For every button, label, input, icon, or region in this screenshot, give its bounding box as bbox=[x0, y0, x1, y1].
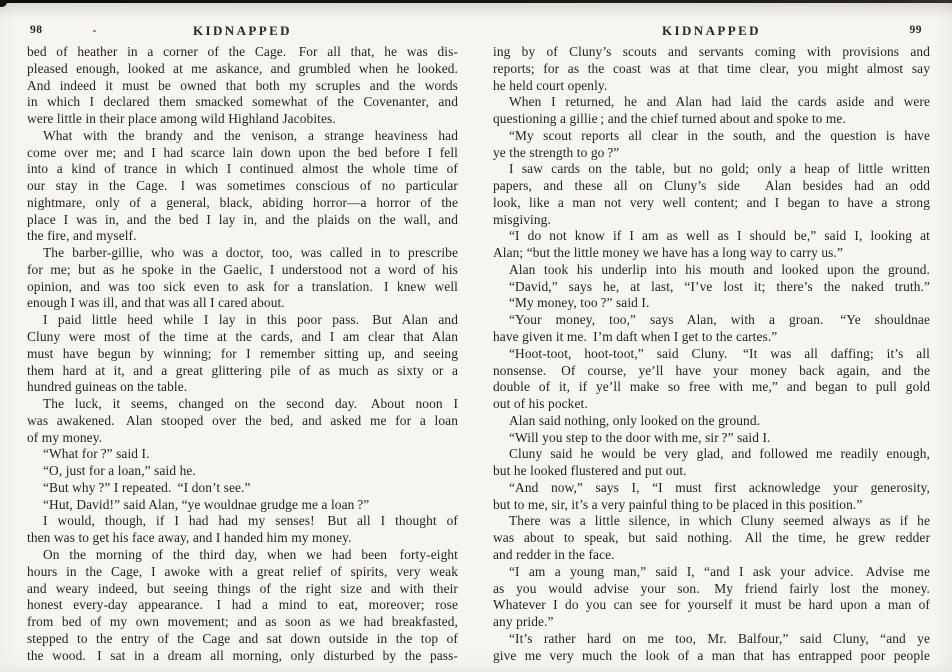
text-line: but he looked flustered and put out. bbox=[493, 463, 930, 480]
text-line: “David,” says he, at last, “I’ve lost it… bbox=[493, 279, 930, 296]
text-line: When I returned, he and Alan had laid th… bbox=[493, 94, 930, 111]
text-line: from bed of my own movement; and as soon… bbox=[27, 614, 458, 631]
text-line: The luck, it seems, changed on the secon… bbox=[27, 396, 458, 413]
text-line: And indeed it must be owned that both my… bbox=[27, 78, 458, 95]
text-line: reports; for as the coast was at that ti… bbox=[493, 61, 930, 78]
text-line: “I do not know if I am as well as I shou… bbox=[493, 228, 930, 245]
text-line: of my money. bbox=[27, 430, 458, 447]
text-line: our stay in the Cage. I was sometimes co… bbox=[27, 178, 458, 195]
page-right: KIDNAPPED 99 ing by of Cluny’s scouts an… bbox=[493, 0, 930, 672]
text-line: ing by of Cluny’s scouts and servants co… bbox=[493, 44, 930, 61]
text-line: I would, though, if I had had my senses!… bbox=[27, 513, 458, 530]
text-line: and weary indeed, but seeing things of t… bbox=[27, 581, 458, 598]
text-line: On the morning of the third day, when we… bbox=[27, 547, 458, 564]
text-line: questioning a gillie ; and the chief tur… bbox=[493, 111, 930, 128]
text-line: in which I declared them smacked somewha… bbox=[27, 94, 458, 111]
page-right-header: KIDNAPPED 99 bbox=[493, 23, 930, 39]
text-line: “It’s rather hard on me too, Mr. Balfour… bbox=[493, 631, 930, 648]
text-line: were little in their place among wild Hi… bbox=[27, 111, 458, 128]
text-line: misgiving. bbox=[493, 212, 930, 229]
text-line: hundred guineas on the table. bbox=[27, 379, 458, 396]
text-line: he held court openly. bbox=[493, 78, 930, 95]
text-line: “Your money, too,” says Alan, with a gro… bbox=[493, 312, 930, 329]
text-line: “But why ?” I repeated. “I don’t see.” bbox=[27, 480, 458, 497]
running-title-right: KIDNAPPED bbox=[493, 23, 930, 39]
text-line: I saw cards on the table, but no gold; o… bbox=[493, 161, 930, 178]
text-line: Alan said nothing, only looked on the gr… bbox=[493, 413, 930, 430]
text-line: hours in the Cage, I awoke with a great … bbox=[27, 564, 458, 581]
text-line: honest every-day appearance. I had a min… bbox=[27, 597, 458, 614]
page-body: ing by of Cluny’s scouts and servants co… bbox=[493, 44, 930, 664]
text-line: look, like a man not very well content; … bbox=[493, 195, 930, 212]
text-line: The barber-gillie, who was a doctor, too… bbox=[27, 245, 458, 262]
text-line: ye the strength to go ?” bbox=[493, 145, 930, 162]
text-line: into a kind of trance in which I continu… bbox=[27, 161, 458, 178]
text-line: “O, just for a loan,” said he. bbox=[27, 463, 458, 480]
text-line: “Hut, David!” said Alan, “ye wouldnae gr… bbox=[27, 497, 458, 514]
text-line: out of his pocket. bbox=[493, 396, 930, 413]
text-line: Alan; “but the little money we have has … bbox=[493, 245, 930, 262]
text-line: pleased enough, looked at me askance, an… bbox=[27, 61, 458, 78]
text-line: “Hoot-toot, hoot-toot,” said Cluny. “It … bbox=[493, 346, 930, 363]
page-body: bed of heather in a corner of the Cage. … bbox=[27, 44, 458, 664]
text-line: opinion, and was too sick even to ask fo… bbox=[27, 279, 458, 296]
text-line: come over me; and I had scarce lain down… bbox=[27, 145, 458, 162]
page-number-right: 99 bbox=[910, 24, 923, 36]
text-line: nonsense. Of course, ye’ll have your mon… bbox=[493, 363, 930, 380]
text-line: Alan took his underlip into his mouth an… bbox=[493, 262, 930, 279]
text-line: “What for ?” said I. bbox=[27, 446, 458, 463]
text-line: but to me, sir, it’s a very painful thin… bbox=[493, 497, 930, 514]
text-line: the wood. I sat in a dream all morning, … bbox=[27, 648, 458, 665]
text-line: bed of heather in a corner of the Cage. … bbox=[27, 44, 458, 61]
text-line: place I was in, and the bed I lay in, an… bbox=[27, 212, 458, 229]
scan-corner-artifact bbox=[0, 0, 7, 7]
page-left: 98 KIDNAPPED bed of heather in a corner … bbox=[27, 0, 458, 672]
text-line: give me very much the look of a man that… bbox=[493, 648, 930, 665]
text-line: them hard at it, and a great glittering … bbox=[27, 363, 458, 380]
text-line: was about to speak, but said nothing. Al… bbox=[493, 530, 930, 547]
text-line: Whatever I do you can see for yourself i… bbox=[493, 597, 930, 614]
text-line: “I am a young man,” said I, “and I ask y… bbox=[493, 564, 930, 581]
text-line: Cluny said he would be very glad, and fo… bbox=[493, 446, 930, 463]
text-line: I paid little heed while I lay in this p… bbox=[27, 312, 458, 329]
running-title-left: KIDNAPPED bbox=[27, 23, 458, 39]
text-line: “Will you step to the door with me, sir … bbox=[493, 430, 930, 447]
text-line: enough I was ill, and that was all I car… bbox=[27, 295, 458, 312]
text-line: then was to get his face away, and I han… bbox=[27, 530, 458, 547]
text-line: have given it me. I’m daft when I get to… bbox=[493, 329, 930, 346]
text-line: double of it, if ye’ll make so free with… bbox=[493, 379, 930, 396]
text-line: “My scout reports all clear in the south… bbox=[493, 128, 930, 145]
text-line: What with the brandy and the venison, a … bbox=[27, 128, 458, 145]
text-line: as you would advise your son. My friend … bbox=[493, 581, 930, 598]
text-line: Cluny were most of the time at the cards… bbox=[27, 329, 458, 346]
text-line: any pride.” bbox=[493, 614, 930, 631]
text-line: for me; but as he spoke in the Gaelic, I… bbox=[27, 262, 458, 279]
text-line: stepped to the entry of the Cage and sat… bbox=[27, 631, 458, 648]
text-line: papers, and these all on Cluny’s side Al… bbox=[493, 178, 930, 195]
text-line: must have begun by winning; for I rememb… bbox=[27, 346, 458, 363]
book-scan: 98 KIDNAPPED bed of heather in a corner … bbox=[0, 0, 952, 672]
page-left-header: 98 KIDNAPPED bbox=[27, 23, 458, 39]
text-line: and redder in the face. bbox=[493, 547, 930, 564]
text-line: was awakened. Alan stooped over the bed,… bbox=[27, 413, 458, 430]
text-line: nightmare, only of a general, black, abi… bbox=[27, 195, 458, 212]
text-line: “My money, too ?” said I. bbox=[493, 295, 930, 312]
text-line: the fire, and myself. bbox=[27, 228, 458, 245]
text-line: “And now,” says I, “I must first acknowl… bbox=[493, 480, 930, 497]
text-line: There was a little silence, in which Clu… bbox=[493, 513, 930, 530]
